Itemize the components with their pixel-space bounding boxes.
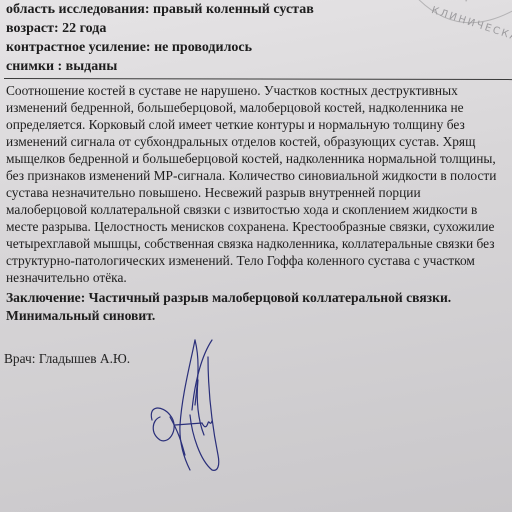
description-paragraph: Соотношение костей в суставе не нарушено…	[6, 82, 506, 286]
description-line: месте разрыва. Целостность менисков сохр…	[6, 218, 506, 235]
conclusion-block: Заключение: Частичный разрыв малоберцово…	[6, 289, 506, 325]
description-line: незначительно отёка.	[6, 269, 506, 286]
signature-icon	[140, 335, 250, 485]
description-line: определяется. Корковый слой имеет четкие…	[6, 116, 506, 133]
description-line: без признаков изменений МР-сигнала. Коли…	[6, 167, 506, 184]
description-line: структурно-патологических изменений. Тел…	[6, 252, 506, 269]
conclusion-line: Минимальный синовит.	[6, 307, 506, 325]
description-line: изменений сигнала от субхондральных отде…	[6, 133, 506, 150]
document-page: КЛИНИЧЕСКА область исследования: правый …	[0, 0, 512, 512]
field-age: возраст: 22 года	[6, 19, 314, 38]
field-contrast: контрастное усиление: не проводилось	[6, 38, 314, 57]
header-fields: область исследования: правый коленный су…	[6, 0, 314, 76]
field-images: снимки : выданы	[6, 57, 314, 76]
svg-text:КЛИНИЧЕСКА: КЛИНИЧЕСКА	[430, 5, 512, 40]
conclusion-line: Заключение: Частичный разрыв малоберцово…	[6, 289, 506, 307]
description-line: четырехглавой мышцы, собственная связка …	[6, 235, 506, 252]
description-line: изменений бедренной, большеберцовой, мал…	[6, 99, 506, 116]
separator-line	[4, 78, 512, 80]
doctor-name: Врач: Гладышев А.Ю.	[4, 351, 130, 367]
clinic-stamp-icon: КЛИНИЧЕСКА	[400, 0, 512, 40]
description-line: малоберцовой коллатеральной связки с изв…	[6, 201, 506, 218]
field-area: область исследования: правый коленный су…	[6, 0, 314, 19]
description-line: сустава незначительно повышено. Несвежий…	[6, 184, 506, 201]
description-line: мыщелков бедренной и большеберцовой кост…	[6, 150, 506, 167]
description-line: Соотношение костей в суставе не нарушено…	[6, 82, 506, 99]
